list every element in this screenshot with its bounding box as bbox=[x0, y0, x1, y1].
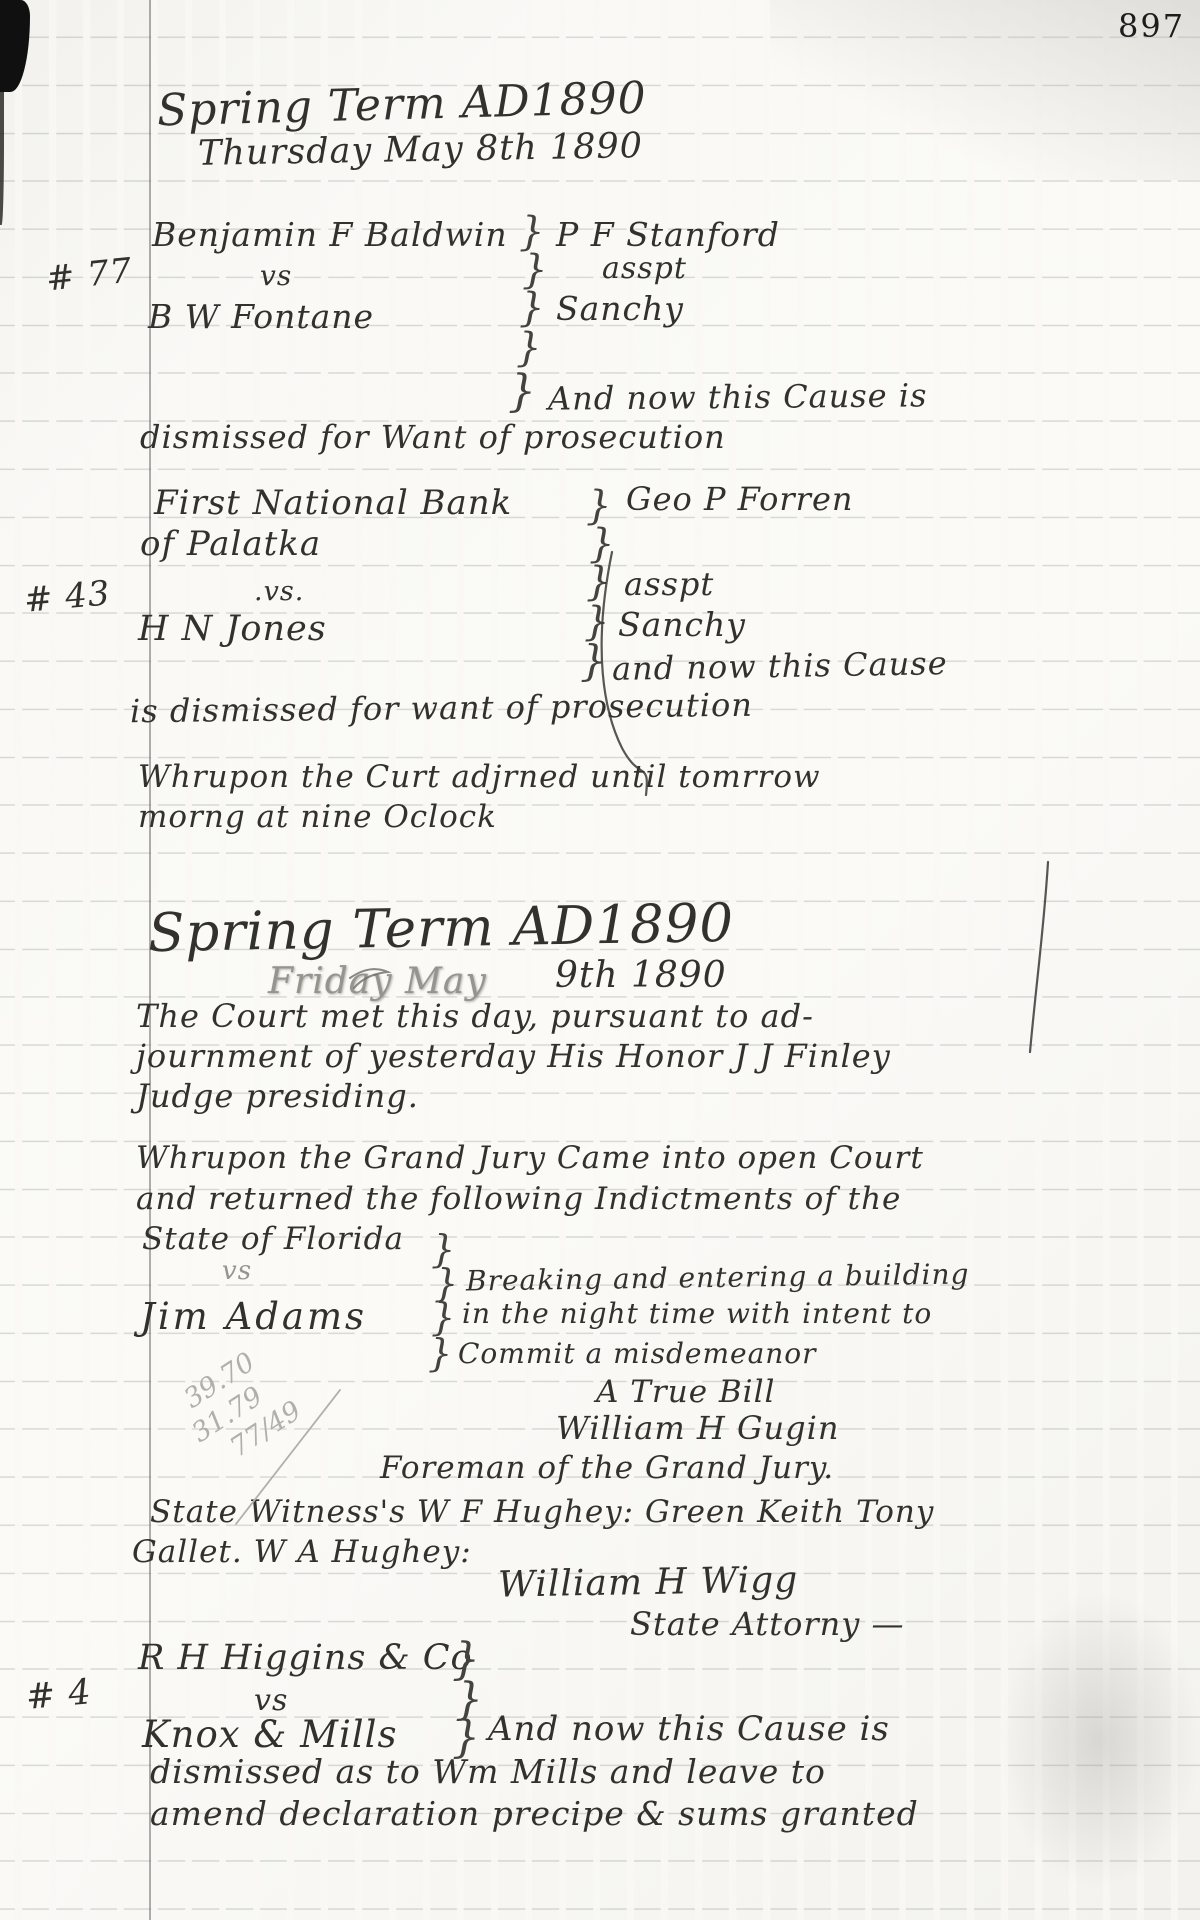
witnesses-line1: State Witness's W F Hughey: Green Keith … bbox=[150, 1497, 934, 1528]
case4-vs: vs bbox=[254, 1686, 288, 1716]
case4-order-line3: amend declaration precipe & sums granted bbox=[150, 1797, 919, 1830]
court-opening-line3: Judge presiding. bbox=[136, 1080, 419, 1112]
court-opening-line1: The Court met this day, pursuant to ad- bbox=[136, 1000, 814, 1032]
grand-jury-line1: Whrupon the Grand Jury Came into open Co… bbox=[136, 1143, 924, 1174]
case43-plaintiff-line1: First National Bank bbox=[154, 486, 512, 520]
case77-brace-2: } bbox=[522, 250, 547, 290]
session2-title: Spring Term AD1890 bbox=[148, 897, 735, 960]
case77-brace-3: } bbox=[519, 288, 544, 328]
case43-order-line2: is dismissed for want of prosecution bbox=[130, 689, 753, 728]
case77-order-line2: dismissed for Want of prosecution bbox=[140, 421, 726, 453]
case77-vs: vs bbox=[260, 262, 292, 290]
session2-date-struck: Friday May bbox=[268, 964, 487, 1000]
case77-brace-1: } bbox=[519, 212, 544, 252]
case-adams-true-bill: A True Bill bbox=[596, 1377, 775, 1408]
case43-brace-1: } bbox=[586, 486, 611, 526]
session2-date-rest: 9th 1890 bbox=[555, 958, 727, 994]
case-adams-brace-4: } bbox=[428, 1334, 452, 1372]
case4-order-line1: And now this Cause is bbox=[488, 1712, 890, 1746]
adjournment-line1: Whrupon the Curt adjrned until tomrrow bbox=[138, 762, 821, 793]
case43-brace-3: } bbox=[586, 562, 611, 602]
case4-defendant: Knox & Mills bbox=[142, 1716, 397, 1753]
grand-jury-line2: and returned the following Indictments o… bbox=[136, 1184, 901, 1215]
case-adams-foreman-signature: William H Gugin bbox=[556, 1412, 839, 1444]
case-adams-charge-line3: Commit a misdemeanor bbox=[458, 1340, 817, 1368]
witnesses-line2: Gallet. W A Hughey: bbox=[132, 1537, 472, 1568]
case43-order-line1: and now this Cause bbox=[612, 647, 948, 685]
case77-attorney-note: asspt bbox=[602, 254, 687, 284]
case43-plaintiff-line2: of Palatka bbox=[140, 527, 321, 561]
case-adams-charge-line1: Breaking and entering a building bbox=[466, 1260, 970, 1295]
case77-attorney-plaintiff: P F Stanford bbox=[556, 218, 780, 251]
case77-brace-5: } bbox=[508, 370, 536, 414]
case43-brace-2: } bbox=[589, 524, 614, 564]
case77-order-line1: And now this Cause is bbox=[548, 379, 928, 414]
case-adams-defendant: Jim Adams bbox=[140, 1298, 367, 1335]
case77-attorney-defendant: Sanchy bbox=[556, 292, 684, 325]
case77-plaintiff: Benjamin F Baldwin bbox=[152, 218, 508, 251]
case-adams-foreman-title: Foreman of the Grand Jury. bbox=[380, 1453, 834, 1484]
case43-margin-number: # 43 bbox=[23, 576, 112, 617]
case43-attorney-plaintiff: Geo P Forren bbox=[626, 483, 854, 515]
case77-margin-number: # 77 bbox=[44, 254, 134, 297]
case-adams-vs: vs bbox=[222, 1258, 252, 1284]
case77-brace-4: } bbox=[516, 328, 541, 368]
case77-defendant: B W Fontane bbox=[148, 300, 374, 333]
state-attorney-title: State Attorny — bbox=[630, 1608, 905, 1640]
case43-attorney-note: asspt bbox=[624, 568, 714, 600]
ledger-page: 897 Spring Term AD1890 Thursday May 8th … bbox=[0, 0, 1200, 1920]
grand-jury-line3: State of Florida bbox=[142, 1224, 404, 1255]
case43-attorney-defendant: Sanchy bbox=[618, 608, 746, 641]
court-opening-line2: journment of yesterday His Honor J J Fin… bbox=[136, 1040, 891, 1072]
case43-brace-5: } bbox=[580, 640, 607, 682]
case4-margin-number: # 4 bbox=[25, 1675, 94, 1716]
session1-title: Spring Term AD1890 bbox=[157, 77, 648, 134]
adjournment-line2: morng at nine Oclock bbox=[138, 802, 497, 833]
state-attorney-signature: William H Wigg bbox=[498, 1562, 799, 1603]
case4-order-line2: dismissed as to Wm Mills and leave to bbox=[150, 1755, 826, 1788]
session1-date: Thursday May 8th 1890 bbox=[198, 129, 644, 172]
case-adams-charge-line2: in the night time with intent to bbox=[462, 1300, 932, 1328]
page-number: 897 bbox=[1118, 10, 1185, 42]
case43-vs: .vs. bbox=[254, 578, 304, 605]
case43-defendant: H N Jones bbox=[138, 612, 327, 647]
case4-plaintiff: R H Higgins & Co bbox=[138, 1641, 473, 1676]
